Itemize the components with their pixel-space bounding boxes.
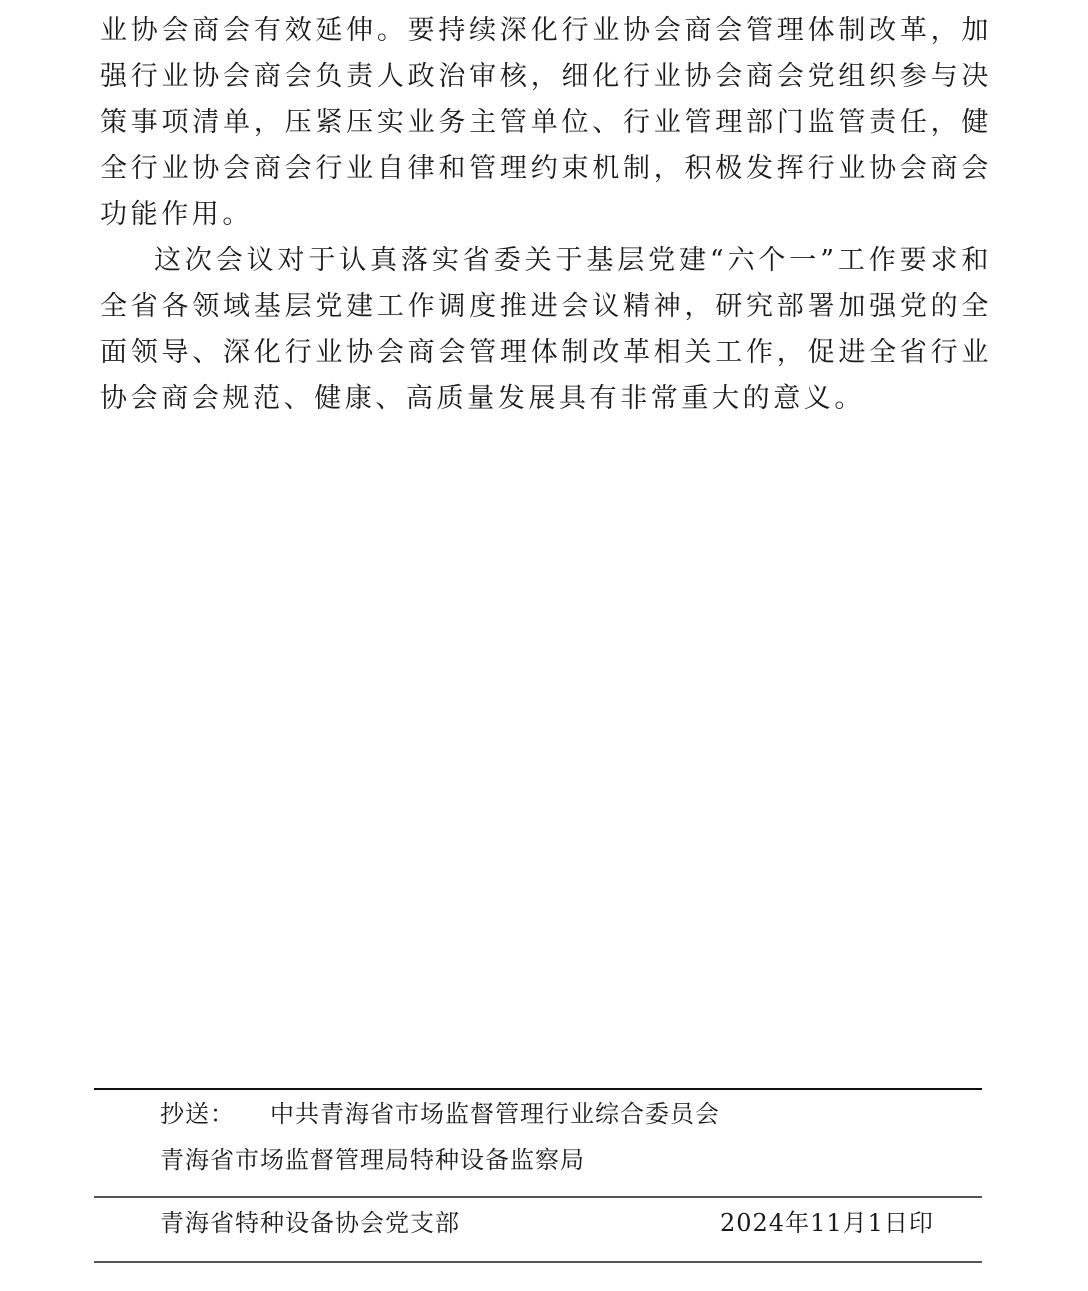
issuer-name: 青海省特种设备协会党支部 <box>160 1208 460 1238</box>
paragraph-continuation: 业协会商会有效延伸。要持续深化行业协会商会管理体制改革，加强行业协会商会负责人政… <box>100 8 992 238</box>
cc-recipient: 中共青海省市场监督管理行业综合委员会 <box>270 1099 720 1129</box>
footer-bottom-rule <box>94 1261 982 1263</box>
print-date: 2024年11月1日印 <box>720 1208 934 1238</box>
footer-top-rule <box>94 1088 982 1090</box>
cc-recipient: 青海省市场监督管理局特种设备监察局 <box>160 1145 585 1175</box>
footer-middle-rule <box>94 1196 982 1198</box>
document-body: 业协会商会有效延伸。要持续深化行业协会商会管理体制改革，加强行业协会商会负责人政… <box>100 8 992 422</box>
cc-label: 抄送： <box>160 1099 235 1129</box>
paragraph-meeting-significance: 这次会议对于认真落实省委关于基层党建“六个一”工作要求和全省各领域基层党建工作调… <box>100 238 992 422</box>
